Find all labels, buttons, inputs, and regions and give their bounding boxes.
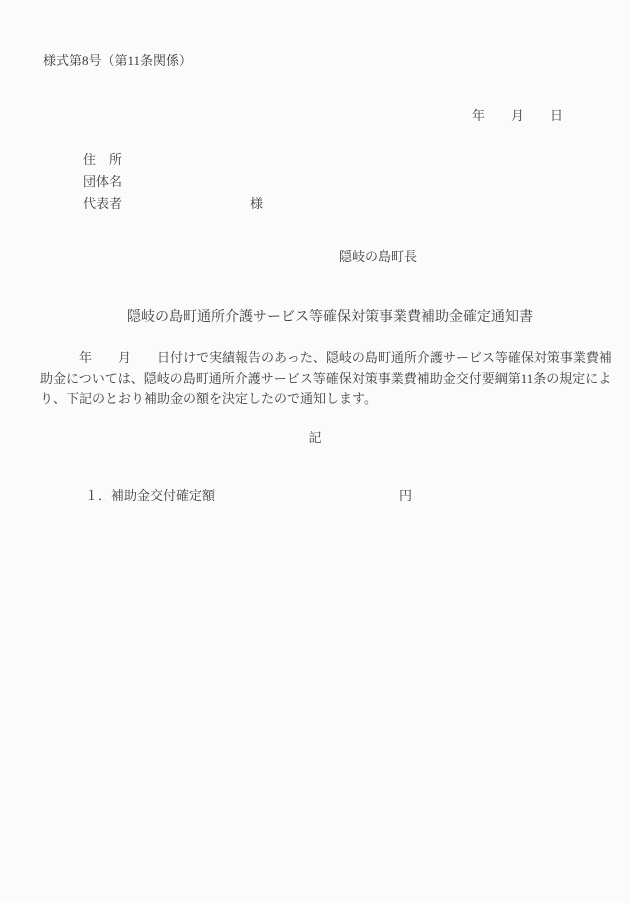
recipient-honorific: 様 <box>250 193 263 212</box>
record-marker: 記 <box>0 427 630 446</box>
grant-amount-unit-yen: 円 <box>399 485 412 504</box>
recipient-address-label: 住 所 <box>83 149 122 168</box>
document-title: 隠岐の島町通所介護サービス等確保対策事業費補助金確定通知書 <box>127 306 533 326</box>
sender-mayor-title: 隠岐の島町長 <box>339 246 417 265</box>
document-page: 様式第8号（第11条関係） 年 月 日 住 所 団体名 代表者 様 隠岐の島町長… <box>0 0 630 903</box>
grant-amount-item-label: １．補助金交付確定額 <box>85 485 215 504</box>
body-line-3: り、下記のとおり補助金の額を決定したので通知します。 <box>40 389 596 410</box>
recipient-organization-label: 団体名 <box>83 171 122 190</box>
form-number: 様式第8号（第11条関係） <box>43 50 192 69</box>
body-line-2: 助金については、隠岐の島町通所介護サービス等確保対策事業費補助金交付要綱第11条… <box>40 369 596 390</box>
body-line-1: 年 月 日付けで実績報告のあった、隠岐の島町通所介護サービス等確保対策事業費補 <box>40 348 596 369</box>
issue-date-line: 年 月 日 <box>472 105 563 124</box>
recipient-representative-label: 代表者 <box>83 193 122 212</box>
body-paragraph: 年 月 日付けで実績報告のあった、隠岐の島町通所介護サービス等確保対策事業費補 … <box>40 348 596 410</box>
